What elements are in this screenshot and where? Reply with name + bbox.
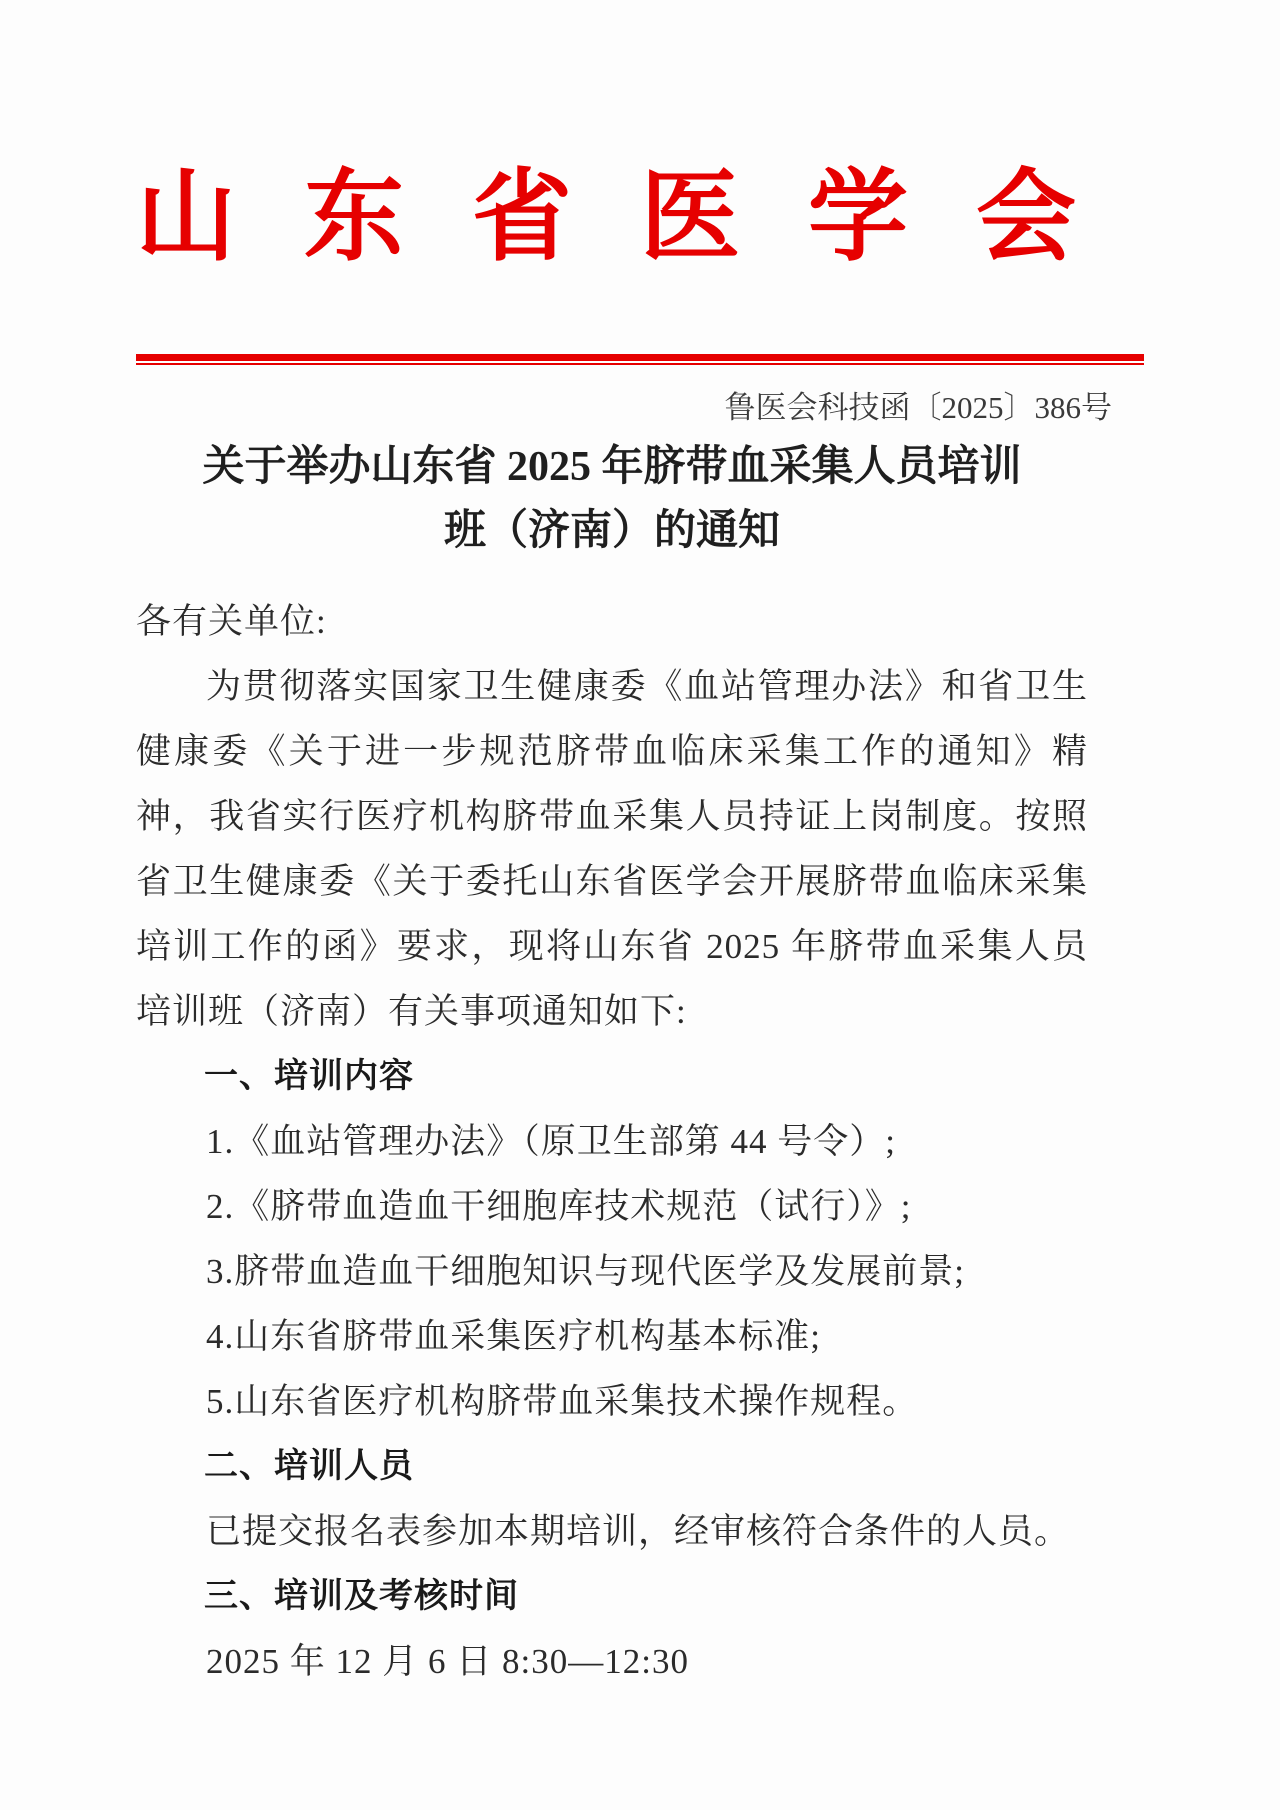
- section-2-heading: 二、培训人员: [136, 1434, 1088, 1499]
- document-page: 山东省医学会 鲁医会科技函〔2025〕386号 关于举办山东省 2025 年脐带…: [0, 0, 1280, 1810]
- doc-title-line-1: 关于举办山东省 2025 年脐带血采集人员培训: [136, 435, 1088, 499]
- section-2-text: 已提交报名表参加本期培训，经审核符合条件的人员。: [136, 1499, 1088, 1564]
- section-1-item-3: 3.脐带血造血干细胞知识与现代医学及发展前景;: [136, 1239, 1088, 1304]
- org-name-header: 山东省医学会: [136, 168, 1088, 268]
- doc-title: 关于举办山东省 2025 年脐带血采集人员培训 班（济南）的通知: [136, 435, 1088, 563]
- section-1-item-2: 2.《脐带血造血干细胞库技术规范（试行）》;: [136, 1174, 1088, 1239]
- section-1-heading: 一、培训内容: [136, 1044, 1088, 1109]
- doc-number: 鲁医会科技函〔2025〕386号: [136, 387, 1112, 429]
- section-1-item-4: 4.山东省脐带血采集医疗机构基本标准;: [136, 1304, 1088, 1369]
- doc-title-line-2: 班（济南）的通知: [136, 499, 1088, 563]
- salutation: 各有关单位:: [136, 589, 1088, 654]
- intro-paragraph: 为贯彻落实国家卫生健康委《血站管理办法》和省卫生健康委《关于进一步规范脐带血临床…: [136, 654, 1088, 1044]
- section-1-item-5: 5.山东省医疗机构脐带血采集技术操作规程。: [136, 1369, 1088, 1434]
- red-divider: [136, 354, 1144, 365]
- section-1-item-1: 1.《血站管理办法》（原卫生部第 44 号令）;: [136, 1109, 1088, 1174]
- section-3-heading: 三、培训及考核时间: [136, 1564, 1088, 1629]
- section-3-text: 2025 年 12 月 6 日 8:30—12:30: [136, 1629, 1088, 1694]
